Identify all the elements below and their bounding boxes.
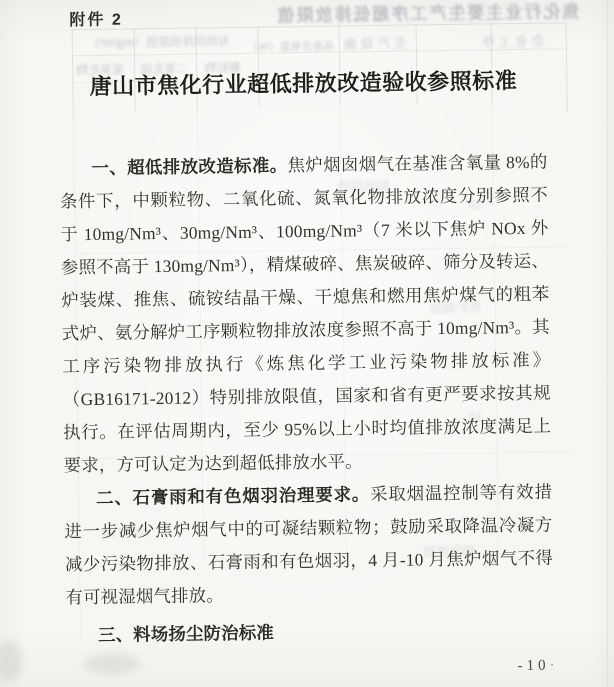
paragraph-line: 三、料场扬尘防治标准	[66, 613, 554, 653]
section-heading-1: 一、超低排放改造标准。	[91, 155, 287, 178]
paragraph-line: 执行。在评估周期内，至少 95%以上小时均值排放浓度满足上述	[63, 410, 551, 450]
paragraph-text: 焦炉烟囱烟气在基准含氧量 8%的	[287, 152, 547, 176]
paragraph-line: 减少污染物排放、石膏雨和有色烟羽，4 月-10 月焦炉烟气不得	[65, 542, 553, 582]
section-heading-2: 二、石膏雨和有色烟羽治理要求。	[96, 484, 370, 508]
page-number-value: 10	[526, 658, 549, 674]
document-content: 附件 2 唐山市焦化行业超低排放改造验收参照标准 一、超低排放改造标准。焦炉烟囱…	[0, 0, 614, 687]
body-text: 一、超低排放改造标准。焦炉烟囱烟气在基准含氧量 8%的 条件下，中颗粒物、二氧化…	[59, 146, 554, 653]
page-number-prefix: -	[517, 658, 526, 674]
section-heading-3: 三、料场扬尘防治标准	[98, 622, 274, 644]
scanned-document-page: 焦化行业主要生产工序超低排放限值 有组织排放限值（mg/m³） 基准含氧量（%）…	[0, 0, 614, 687]
paragraph-line: 有可视湿烟气排放。	[65, 575, 553, 615]
page-title: 唐山市焦化行业超低排放改造验收参照标准	[0, 63, 611, 103]
attachment-label: 附件 2	[69, 7, 123, 31]
paper-sheet: 焦化行业主要生产工序超低排放限值 有组织排放限值（mg/m³） 基准含氧量（%）…	[0, 0, 614, 687]
page-number: -10·	[517, 658, 554, 676]
page-number-suffix: ·	[549, 658, 554, 674]
